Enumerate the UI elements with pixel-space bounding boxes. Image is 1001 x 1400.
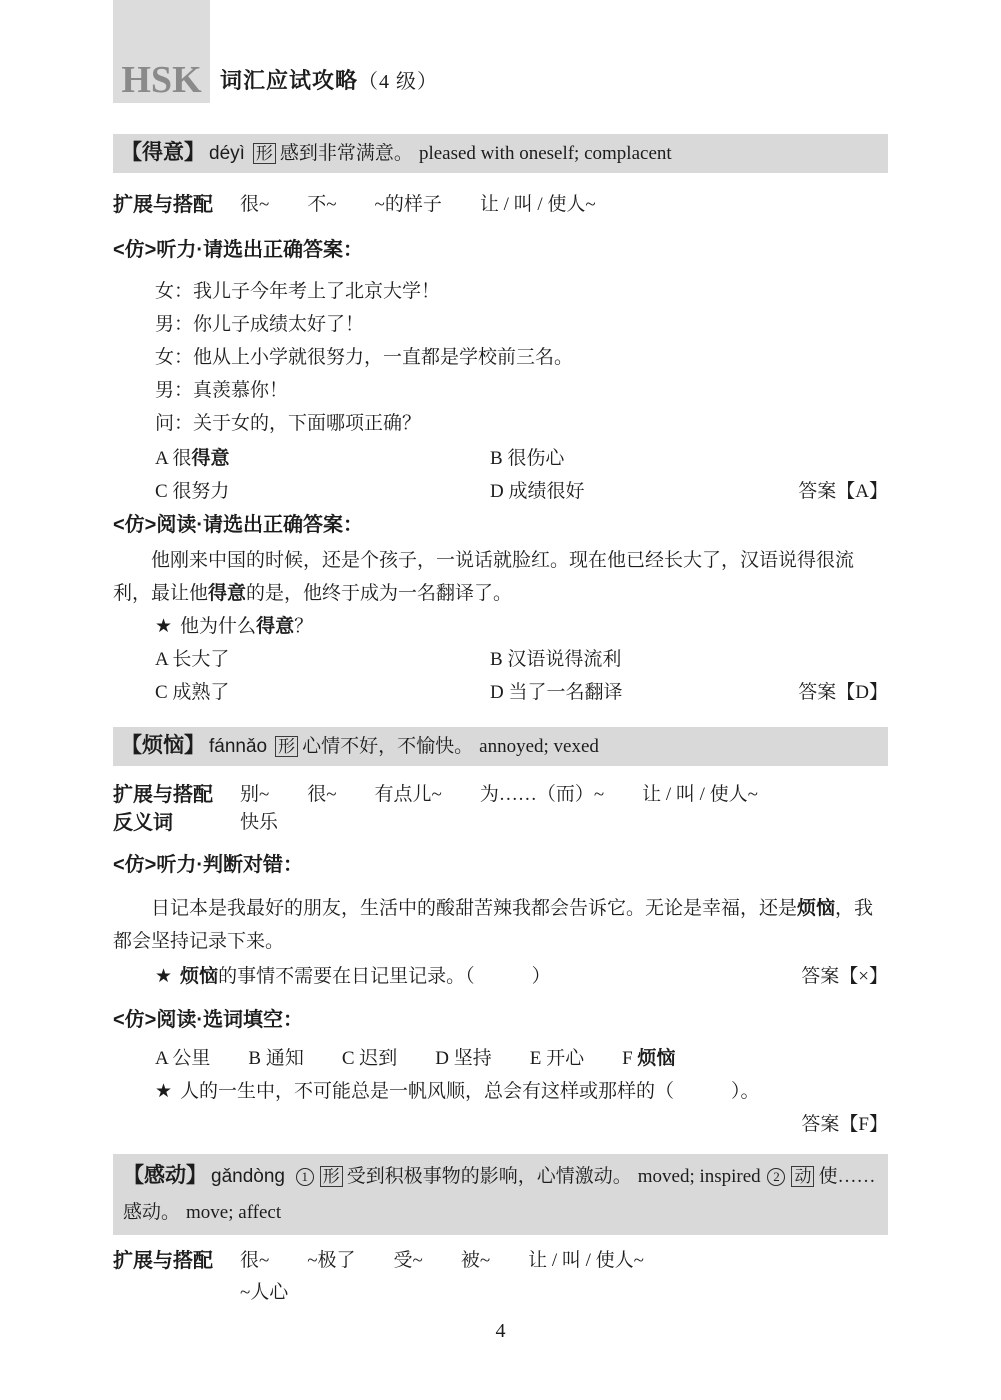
answer-row: 答案【F】 <box>113 1108 888 1141</box>
entry-header-deyi: 【得意】déyì形感到非常满意。pleased with oneself; co… <box>113 134 888 173</box>
book-title: 词汇应试攻略（4 级） <box>210 64 438 103</box>
passage-text: 的是，他终于成为一名翻译了。 <box>246 583 512 604</box>
book-level: （4 级） <box>358 71 438 93</box>
answer-key: 答案【D】 <box>798 676 888 709</box>
option-a-keyword: 得意 <box>191 448 229 469</box>
page-header: HSK 词汇应试攻略（4 级） <box>113 0 888 103</box>
antonym-row: 反义词 快乐 <box>113 811 888 835</box>
entry-header-gandong: 【感动】gǎndòng 1形受到积极事物的影响，心情激动。moved; insp… <box>113 1154 888 1235</box>
pinyin: gǎndòng <box>211 1166 285 1187</box>
option-a-text: A 很 <box>155 448 191 469</box>
word-bank-options: A 公里 B 通知 C 迟到 D 坚持 E 开心 F 烦恼 <box>155 1042 675 1075</box>
question-keyword: 烦恼 <box>180 966 218 987</box>
option-b: B 很伤心 <box>490 442 564 475</box>
option-d: D 当了一名翻译 <box>490 676 622 709</box>
collocation-label: 扩展与搭配 <box>113 1249 240 1273</box>
option-d: D 成绩很好 <box>490 475 584 508</box>
book-title-text: 词汇应试攻略 <box>220 68 358 93</box>
sense-1-number: 1 <box>296 1168 314 1186</box>
antonym-word: 快乐 <box>240 811 278 835</box>
pos-tag: 形 <box>275 736 298 757</box>
reading-heading: <仿>阅读·请选出正确答案： <box>113 512 888 538</box>
option-row: C 很努力 D 成绩很好 答案【A】 <box>113 475 888 508</box>
definition-en: pleased with oneself; complacent <box>419 143 672 164</box>
star-icon: ★ <box>155 610 172 643</box>
reading-question: ★ 他为什么得意？ <box>113 610 888 643</box>
option-b: B 汉语说得流利 <box>490 643 621 676</box>
page-number: 4 <box>0 1320 1001 1343</box>
option-row: A 长大了 B 汉语说得流利 <box>113 643 888 676</box>
entry-deyi: 【得意】déyì形感到非常满意。pleased with oneself; co… <box>113 134 888 709</box>
word-bank: A 公里 B 通知 C 迟到 D 坚持 E 开心 F 烦恼 <box>113 1042 888 1075</box>
option-c: C 很努力 <box>155 475 490 508</box>
dialog-line: 女：他从上小学就很努力，一直都是学校前三名。 <box>155 341 888 374</box>
dialog-line: 男：真羡慕你！ <box>155 374 888 407</box>
listening-heading: <仿>听力·判断对错： <box>113 852 888 878</box>
entry-fannao: 【烦恼】fánnǎo形心情不好，不愉快。annoyed; vexed 扩展与搭配… <box>113 727 888 1141</box>
answer-key: 答案【×】 <box>801 960 888 993</box>
collocation-label: 扩展与搭配 <box>113 193 240 217</box>
star-icon: ★ <box>155 1075 172 1108</box>
pos-tag: 动 <box>791 1166 814 1187</box>
antonym-label: 反义词 <box>113 811 240 835</box>
headword: 【感动】 <box>123 1164 207 1187</box>
entry-header-fannao: 【烦恼】fánnǎo形心情不好，不愉快。annoyed; vexed <box>113 727 888 766</box>
collocation-row: 扩展与搭配 很~ ~极了 受~ 被~ 让 / 叫 / 使人~ <box>113 1249 888 1273</box>
definition-en: moved; inspired <box>638 1166 761 1187</box>
listening-heading: <仿>听力·请选出正确答案： <box>113 237 888 263</box>
option-c: C 成熟了 <box>155 676 490 709</box>
question-keyword: 得意 <box>256 616 294 637</box>
definition-en: move; affect <box>186 1202 281 1223</box>
entry-gandong: 【感动】gǎndòng 1形受到积极事物的影响，心情激动。moved; insp… <box>113 1154 888 1305</box>
star-icon: ★ <box>155 960 172 993</box>
definition-cn: 心情不好，不愉快。 <box>302 736 473 757</box>
question-text: 他为什么得意？ <box>180 610 313 643</box>
definition-cn: 感到非常满意。 <box>280 143 413 164</box>
headword: 【烦恼】 <box>121 734 205 757</box>
passage-keyword: 烦恼 <box>797 898 835 919</box>
headword: 【得意】 <box>121 141 205 164</box>
option-a: A 长大了 <box>155 643 490 676</box>
pinyin: fánnǎo <box>209 736 267 757</box>
collocation-list: 很~ ~极了 受~ 被~ 让 / 叫 / 使人~ <box>240 1249 644 1273</box>
option-row: A 很得意 B 很伤心 <box>113 442 888 475</box>
passage-text: 日记本是我最好的朋友，生活中的酸甜苦辣我都会告诉它。无论是幸福，还是 <box>151 898 797 919</box>
pinyin: déyì <box>209 143 245 164</box>
collocation-label: 扩展与搭配 <box>113 783 240 807</box>
dialog-line: 男：你儿子成绩太好了！ <box>155 308 888 341</box>
dialog-line: 问：关于女的，下面哪项正确？ <box>155 407 888 440</box>
collocation-row: 扩展与搭配 很~ 不~ ~的样子 让 / 叫 / 使人~ <box>113 193 888 217</box>
textbook-page: HSK 词汇应试攻略（4 级） 【得意】déyì形感到非常满意。pleased … <box>113 0 888 1305</box>
true-false-question: ★ 烦恼的事情不需要在日记里记录。（ ） 答案【×】 <box>113 960 888 993</box>
collocation-continued: ~人心 <box>113 1281 888 1305</box>
reading-passage: 他刚来中国的时候，还是个孩子，一说话就脸红。现在他已经长大了，汉语说得很流利，最… <box>113 544 888 610</box>
collocation-list: 很~ 不~ ~的样子 让 / 叫 / 使人~ <box>240 193 596 217</box>
pos-tag: 形 <box>320 1166 343 1187</box>
definition-cn: 受到积极事物的影响，心情激动。 <box>347 1166 632 1187</box>
answer-key: 答案【F】 <box>801 1108 888 1141</box>
sense-2-number: 2 <box>767 1168 785 1186</box>
word-bank-keyword: 烦恼 <box>637 1048 675 1069</box>
option-a: A 很得意 <box>155 442 490 475</box>
fill-question: ★ 人的一生中，不可能总是一帆风顺，总会有这样或那样的（ ）。 <box>113 1075 888 1108</box>
option-row: C 成熟了 D 当了一名翻译 答案【D】 <box>113 676 888 709</box>
reading-heading: <仿>阅读·选词填空： <box>113 1007 888 1033</box>
dialog-line: 女：我儿子今年考上了北京大学！ <box>155 275 888 308</box>
question-pre: 他为什么 <box>180 616 256 637</box>
listening-passage: 日记本是我最好的朋友，生活中的酸甜苦辣我都会告诉它。无论是幸福，还是烦恼，我都会… <box>113 892 888 958</box>
hsk-logo: HSK <box>113 0 210 103</box>
question-post: ？ <box>294 616 313 637</box>
listening-dialog: 女：我儿子今年考上了北京大学！ 男：你儿子成绩太好了！ 女：他从上小学就很努力，… <box>113 275 888 440</box>
collocation-list: 别~ 很~ 有点儿~ 为……（而）~ 让 / 叫 / 使人~ <box>240 783 758 807</box>
pos-tag: 形 <box>253 143 276 164</box>
hsk-logo-text: HSK <box>121 61 201 103</box>
question-text: 烦恼的事情不需要在日记里记录。（ ） <box>180 960 551 993</box>
answer-key: 答案【A】 <box>798 475 888 508</box>
question-post: 的事情不需要在日记里记录。（ ） <box>218 966 551 987</box>
question-text: 人的一生中，不可能总是一帆风顺，总会有这样或那样的（ ）。 <box>180 1075 760 1108</box>
passage-keyword: 得意 <box>208 583 246 604</box>
collocation-row: 扩展与搭配 别~ 很~ 有点儿~ 为……（而）~ 让 / 叫 / 使人~ <box>113 783 888 807</box>
word-bank-text: A 公里 B 通知 C 迟到 D 坚持 E 开心 F <box>155 1048 637 1069</box>
definition-en: annoyed; vexed <box>479 736 599 757</box>
